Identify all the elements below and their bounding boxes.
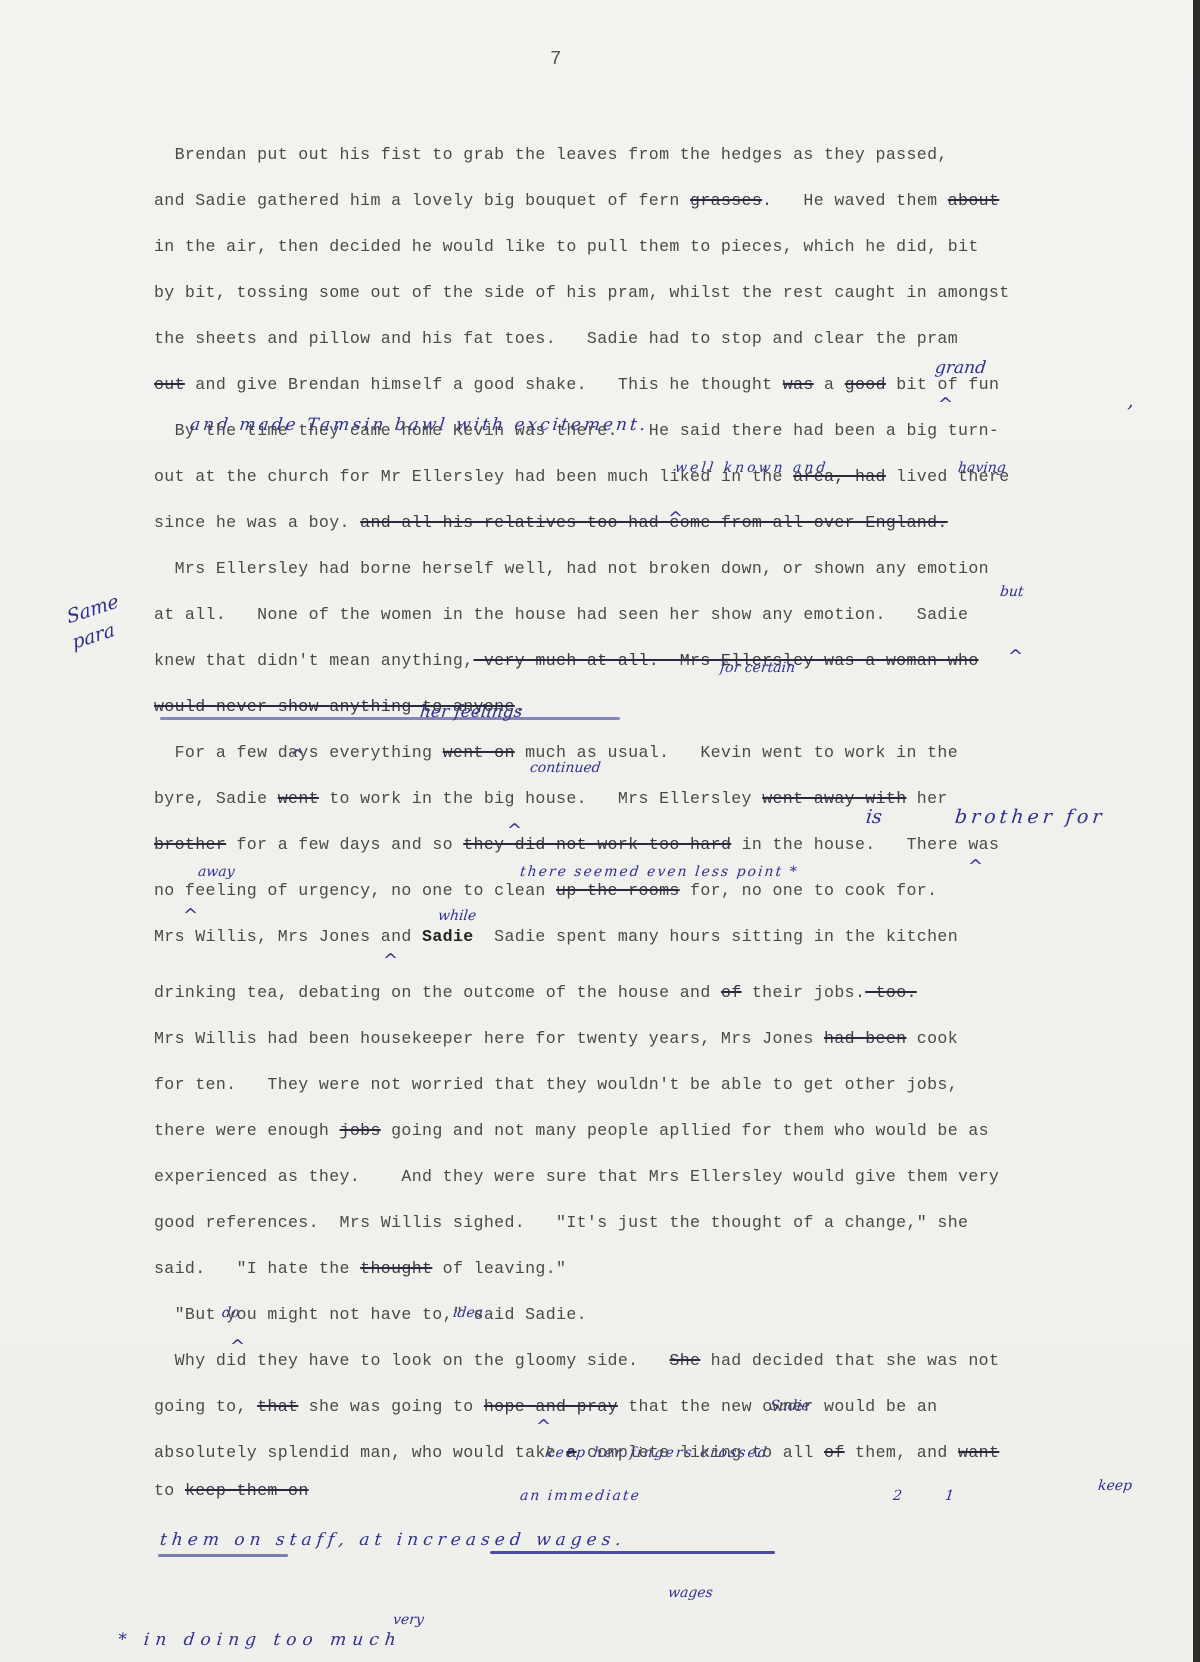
typed-line: and Sadie gathered him a lovely big bouq… <box>154 191 999 210</box>
line-text: since he was a boy. <box>154 513 360 532</box>
line-text: experienced as they. And they were sure … <box>154 1167 999 1186</box>
line-text: to <box>154 1481 185 1500</box>
line-text: in the house. There was <box>731 835 999 854</box>
caret-mark: ^ <box>383 950 398 971</box>
line-text: bit of fun <box>886 375 999 394</box>
struck-text: of <box>824 1443 845 1462</box>
line-text: Mrs Willis had been housekeeper here for… <box>154 1029 824 1048</box>
caret-mark: ^ <box>183 905 198 926</box>
line-text: for, no one to cook for. <box>680 881 938 900</box>
typed-line: in the air, then decided he would like t… <box>154 237 979 256</box>
typed-line: by bit, tossing some out of the side of … <box>154 283 1010 302</box>
typed-line: experienced as they. And they were sure … <box>154 1167 999 1186</box>
typed-line: Brendan put out his fist to grab the lea… <box>154 145 948 164</box>
typed-over-text: Sadie <box>422 927 474 946</box>
struck-text: jobs <box>340 1121 381 1140</box>
line-text: their jobs. <box>742 983 866 1002</box>
struck-text: went <box>278 789 319 808</box>
line-text: cook <box>906 1029 958 1048</box>
typed-line: brother for a few days and so they did n… <box>154 835 999 854</box>
line-text: "But you might not have to," said Sadie. <box>154 1305 587 1324</box>
annotation-an-immediate: an immediate <box>519 1488 642 1504</box>
line-text: byre, Sadie <box>154 789 278 808</box>
annotation-2: 2 <box>892 1488 903 1504</box>
line-text: for ten. They were not worried that they… <box>154 1075 958 1094</box>
line-text: said. "I hate the <box>154 1259 360 1278</box>
line-text: by bit, tossing some out of the side of … <box>154 283 1010 302</box>
struck-text: that <box>257 1397 298 1416</box>
line-text: absolutely splendid man, who would take <box>154 1443 566 1462</box>
scribble-mark <box>160 717 620 720</box>
typed-line: would never show anything to anyone. <box>154 697 525 716</box>
typed-line: good references. Mrs Willis sighed. "It'… <box>154 1213 968 1232</box>
annotation-continued: continued <box>529 760 601 776</box>
annotation-is: is <box>865 806 883 828</box>
line-text: much as usual. Kevin went to work in the <box>515 743 958 762</box>
line-text: . He waved them <box>762 191 948 210</box>
struck-text: She <box>669 1351 700 1370</box>
scribble-mark <box>158 1554 288 1557</box>
struck-text: hope and pray <box>484 1397 618 1416</box>
annotation-even-less-point: there seemed even less point * <box>519 864 799 880</box>
struck-text: want <box>958 1443 999 1462</box>
struck-text: keep them on <box>185 1481 309 1500</box>
line-text: . <box>515 697 525 716</box>
line-text: at all. None of the women in the house h… <box>154 605 968 624</box>
annotation-1: 1 <box>944 1488 955 1504</box>
struck-text: and all his relatives too had come from … <box>360 513 948 532</box>
line-text: in the air, then decided he would like t… <box>154 237 979 256</box>
scribble-mark <box>490 1551 775 1554</box>
struck-text: of <box>721 983 742 1002</box>
line-text: to work in the big house. Mrs Ellersley <box>319 789 762 808</box>
line-text: no feeling of urgency, no one to clean <box>154 881 556 900</box>
typed-line: drinking tea, debating on the outcome of… <box>154 983 917 1002</box>
line-text: and Sadie gathered him a lovely big bouq… <box>154 191 690 210</box>
caret-mark: ^ <box>938 394 953 415</box>
struck-text: about <box>948 191 1000 210</box>
line-text: out at the church for Mr Ellersley had b… <box>154 467 793 486</box>
line-text: going to, <box>154 1397 257 1416</box>
line-text: For a few days everything <box>154 743 443 762</box>
caret-mark: ^ <box>1008 646 1023 667</box>
typed-line: at all. None of the women in the house h… <box>154 605 968 624</box>
line-text: Sadie spent many hours sitting in the ki… <box>474 927 958 946</box>
caret-mark: ^ <box>968 856 983 877</box>
manuscript-page: 7 grand , and made Tamsin bawl with exci… <box>0 0 1193 1662</box>
annotation-them-on-staff: them on staff, at increased wages. <box>159 1530 627 1550</box>
typed-line: byre, Sadie went to work in the big hous… <box>154 789 948 808</box>
line-text: Brendan put out his fist to grab the lea… <box>154 145 948 164</box>
typed-line: Mrs Ellersley had borne herself well, ha… <box>154 559 989 578</box>
caret-mark: ^ <box>536 1416 551 1437</box>
line-text: By the time they came home Kevin was the… <box>154 421 999 440</box>
annotation-same-para: Same para <box>65 580 152 656</box>
struck-text: too. <box>865 983 917 1002</box>
line-text: knew that didn't mean anything, <box>154 651 474 670</box>
annotation-very: very <box>392 1612 424 1628</box>
line-text: complete liking to all <box>577 1443 824 1462</box>
struck-text: had been <box>824 1029 906 1048</box>
struck-text: went on <box>443 743 515 762</box>
annotation-in-doing-too-much: * in doing too much <box>117 1630 403 1650</box>
typed-line: for ten. They were not worried that they… <box>154 1075 958 1094</box>
typed-line: since he was a boy. and all his relative… <box>154 513 948 532</box>
typed-line: there were enough jobs going and not man… <box>154 1121 989 1140</box>
annotation-while: while <box>437 908 477 924</box>
line-text: she was going to <box>298 1397 484 1416</box>
struck-text: out <box>154 375 185 394</box>
struck-text: was <box>783 375 814 394</box>
line-text: the sheets and pillow and his fat toes. … <box>154 329 958 348</box>
annotation-comma: , <box>1127 390 1135 412</box>
typed-line: Mrs Willis, Mrs Jones and Sadie Sadie sp… <box>154 927 958 946</box>
struck-text: they did not work too hard <box>463 835 731 854</box>
struck-text: went away with <box>762 789 906 808</box>
struck-text: very much at all. Mrs Ellersley was a wo… <box>474 651 979 670</box>
line-text: had decided that she was not <box>700 1351 999 1370</box>
typed-line: going to, that she was going to hope and… <box>154 1397 937 1416</box>
line-text: going and not many people apllied for th… <box>381 1121 989 1140</box>
struck-text: thought <box>360 1259 432 1278</box>
typed-line: By the time they came home Kevin was the… <box>154 421 999 440</box>
typed-line: out at the church for Mr Ellersley had b… <box>154 467 1010 486</box>
annotation-keep: keep <box>1097 1478 1133 1494</box>
line-text: Mrs Willis, Mrs Jones and <box>154 927 422 946</box>
typed-line: out and give Brendan himself a good shak… <box>154 375 999 394</box>
line-text: of leaving." <box>432 1259 566 1278</box>
typed-line: For a few days everything went on much a… <box>154 743 958 762</box>
typed-line: no feeling of urgency, no one to clean u… <box>154 881 937 900</box>
struck-text: good <box>845 375 886 394</box>
typed-line: the sheets and pillow and his fat toes. … <box>154 329 958 348</box>
typed-line: knew that didn't mean anything, very muc… <box>154 651 979 670</box>
typed-line: absolutely splendid man, who would take … <box>154 1443 999 1462</box>
page-number: 7 <box>550 48 561 70</box>
line-text: good references. Mrs Willis sighed. "It'… <box>154 1213 968 1232</box>
typed-line: "But you might not have to," said Sadie. <box>154 1305 587 1324</box>
typed-line: Mrs Willis had been housekeeper here for… <box>154 1029 958 1048</box>
annotation-away: away <box>197 864 235 880</box>
annotation-wages: wages <box>667 1585 713 1601</box>
line-text: Mrs Ellersley had borne herself well, ha… <box>154 559 989 578</box>
struck-text: brother <box>154 835 226 854</box>
struck-text: a <box>566 1443 576 1462</box>
typed-line: said. "I hate the thought of leaving." <box>154 1259 566 1278</box>
annotation-brother-for: brother for <box>954 806 1107 828</box>
line-text: there were enough <box>154 1121 340 1140</box>
line-text: that the new owner would be an <box>618 1397 938 1416</box>
struck-text: area, had <box>793 467 886 486</box>
struck-text: up the rooms <box>556 881 680 900</box>
line-text: drinking tea, debating on the outcome of… <box>154 983 721 1002</box>
line-text: and give Brendan himself a good shake. T… <box>185 375 783 394</box>
line-text: Why did they have to look on the gloomy … <box>154 1351 669 1370</box>
line-text: a <box>814 375 845 394</box>
struck-text: would never show anything to anyone <box>154 697 515 716</box>
typed-line: to keep them on <box>154 1481 309 1500</box>
line-text: her <box>907 789 948 808</box>
typed-line: Why did they have to look on the gloomy … <box>154 1351 999 1370</box>
struck-text: grasses <box>690 191 762 210</box>
line-text: them, and <box>845 1443 958 1462</box>
annotation-but: but <box>999 584 1024 600</box>
line-text: lived there <box>886 467 1010 486</box>
scan-edge <box>1193 0 1200 1662</box>
line-text: for a few days and so <box>226 835 463 854</box>
